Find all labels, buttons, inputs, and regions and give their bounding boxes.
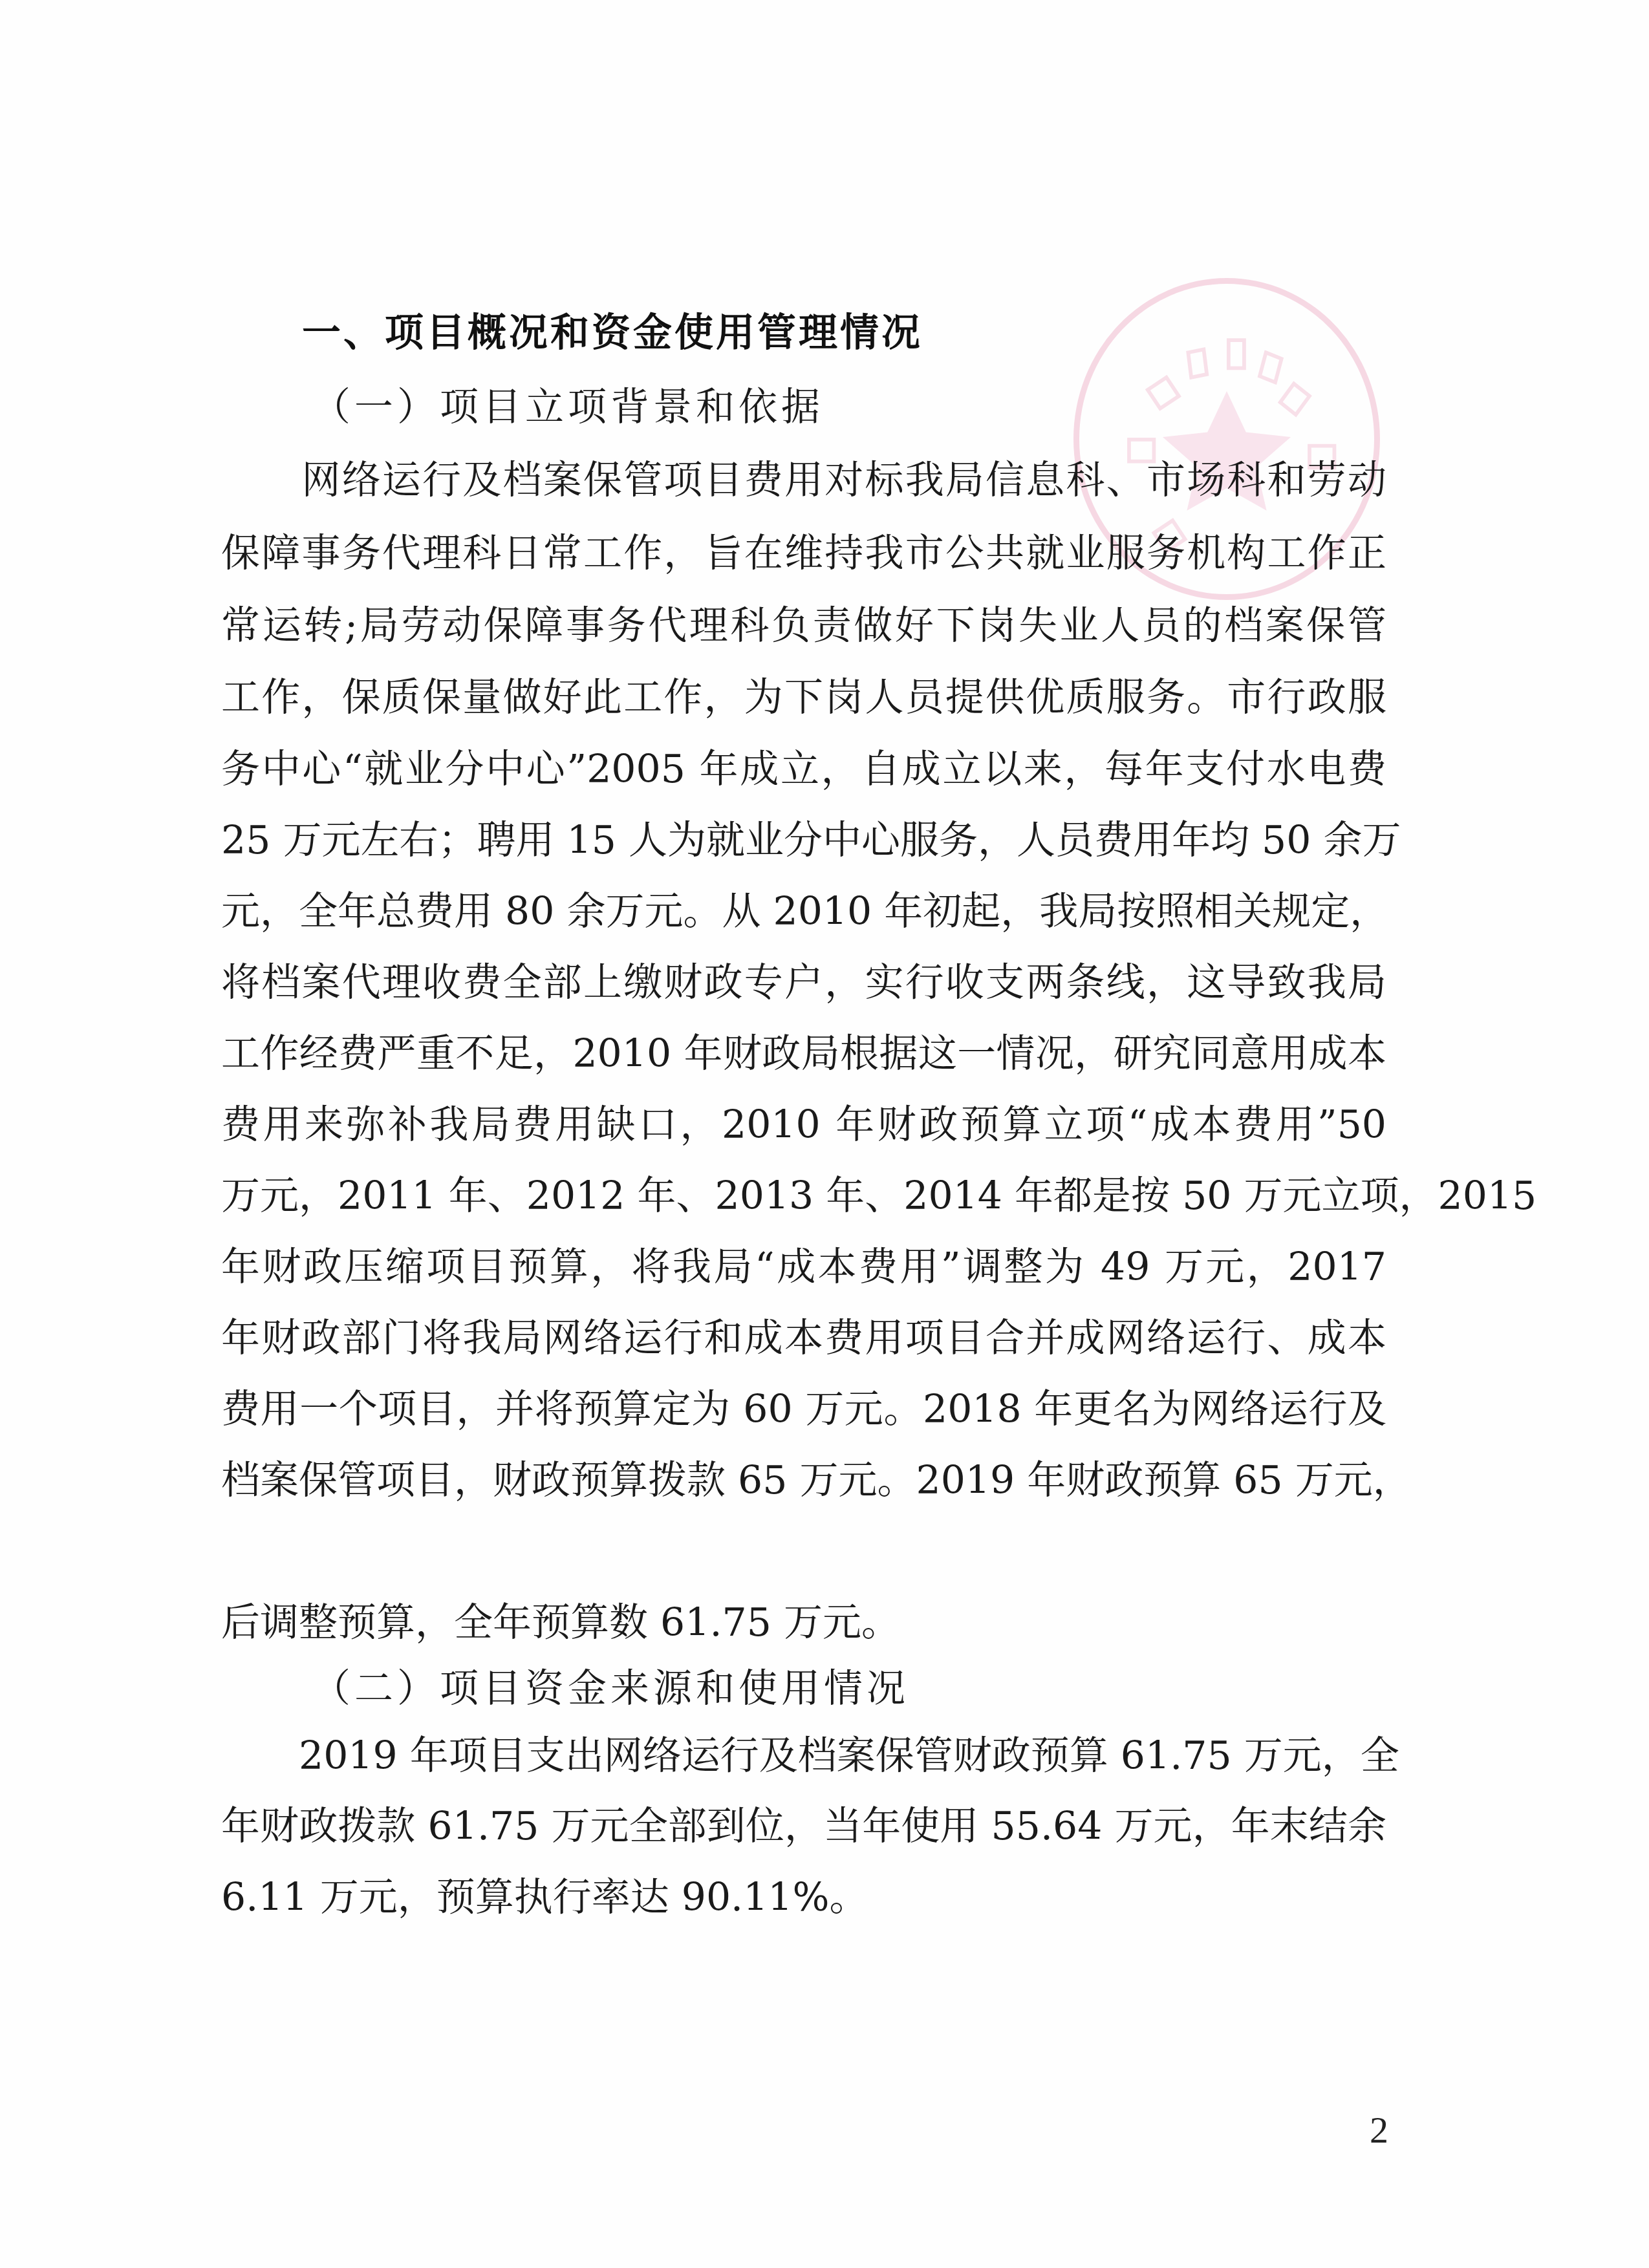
section-heading: 一、项目概况和资金使用管理情况	[302, 307, 923, 359]
paragraph-line: 后调整预算，全年预算数 61.75 万元。	[221, 1597, 1386, 1649]
paragraph-line: 年财政拨款 61.75 万元全部到位，当年使用 55.64 万元，年末结余	[221, 1801, 1386, 1852]
paragraph-line: 6.11 万元，预算执行率达 90.11%。	[221, 1872, 1386, 1923]
paragraph-line: 年财政压缩项目预算，将我局“成本费用”调整为 49 万元，2017	[221, 1241, 1386, 1293]
page-number: 2	[1370, 2104, 1388, 2156]
document-page: 一、项目概况和资金使用管理情况 （一）项目立项背景和依据 网络运行及档案保管项目…	[0, 0, 1649, 2268]
paragraph-line: 工作，保质保量做好此工作，为下岗人员提供优质服务。市行政服	[221, 672, 1386, 723]
paragraph-line: 元，全年总费用 80 余万元。从 2010 年初起，我局按照相关规定，	[221, 886, 1386, 937]
paragraph-line: 档案保管项目，财政预算拨款 65 万元。2019 年财政预算 65 万元，	[221, 1455, 1386, 1506]
paragraph-line: 万元，2011 年、2012 年、2013 年、2014 年都是按 50 万元立…	[221, 1170, 1386, 1222]
paragraph-line: 保障事务代理科日常工作，旨在维持我市公共就业服务机构工作正	[221, 528, 1386, 579]
paragraph-line: 工作经费严重不足，2010 年财政局根据这一情况，研究同意用成本	[221, 1028, 1386, 1080]
paragraph-line: 年财政部门将我局网络运行和成本费用项目合并成网络运行、成本	[221, 1312, 1386, 1364]
paragraph-line: 常运转;局劳动保障事务代理科负责做好下岗失业人员的档案保管	[221, 600, 1386, 652]
subsection-heading-1: （一）项目立项背景和依据	[312, 381, 824, 433]
paragraph-line: 25 万元左右；聘用 15 人为就业分中心服务，人员费用年均 50 余万	[221, 815, 1386, 866]
paragraph-line: 网络运行及档案保管项目费用对标我局信息科、市场科和劳动	[221, 455, 1386, 506]
subsection-heading-2: （二）项目资金来源和使用情况	[312, 1663, 909, 1715]
paragraph-line: 将档案代理收费全部上缴财政专户，实行收支两条线，这导致我局	[221, 957, 1386, 1009]
paragraph-line: 费用一个项目，并将预算定为 60 万元。2018 年更名为网络运行及	[221, 1384, 1386, 1435]
paragraph-line: 2019 年项目支出网络运行及档案保管财政预算 61.75 万元，全	[221, 1730, 1386, 1782]
paragraph-line: 务中心“就业分中心”2005 年成立，自成立以来，每年支付水电费	[221, 744, 1386, 795]
paragraph-line: 费用来弥补我局费用缺口，2010 年财政预算立项“成本费用”50	[221, 1099, 1386, 1151]
